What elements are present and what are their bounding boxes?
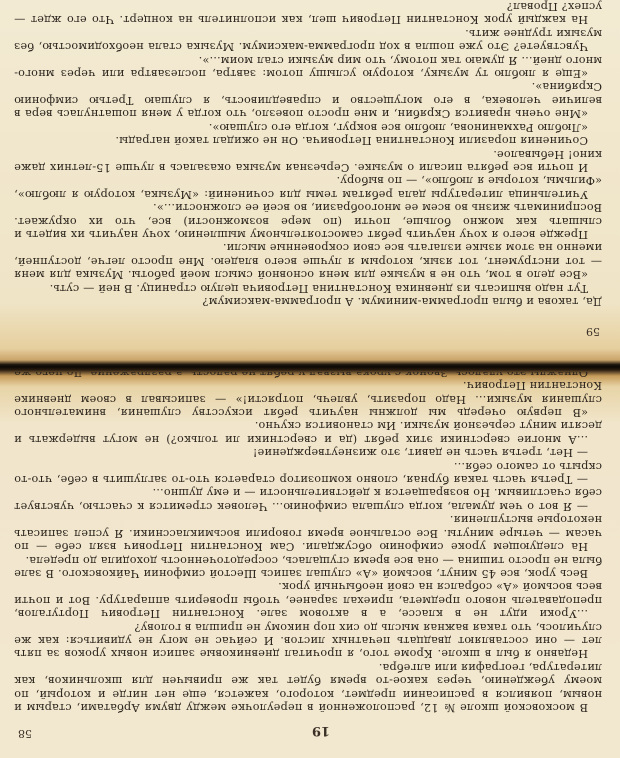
book-gutter [0,360,620,372]
paragraph: — Я вот о чем думала, когда слушала симф… [14,486,602,513]
paragraph: На каждый урок Константин Петрович шел, … [14,0,602,26]
paragraph: «Мне очень нравится Скрябин, и мне прост… [14,80,602,120]
paragraph: — Нет, третья часть не давит, это жизнеу… [14,446,602,459]
paragraph: Чувствуете? Это уже пошла в ход программ… [14,26,602,53]
page-59: 59 Да, такова и была программа-минимум. … [0,0,620,360]
paragraph: На следующем уроке симфонию обсуждали. С… [14,513,602,553]
paragraph: И почти все ребята писали о музыке. Серь… [14,147,602,174]
paragraph: Тут надо выписать из дневника Константин… [14,281,602,294]
paragraph: Однажды это удалось. Звонок с урока вызв… [14,372,602,379]
paragraph: «Еще я люблю ту музыку, которую услышу п… [14,53,602,80]
paragraph: Весь урок, все 45 минут, восьмой «А» слу… [14,553,602,580]
page-number: 59 [586,325,600,338]
page-number: 58 [18,727,32,740]
paragraph: Да, такова и была программа-минимум. А п… [14,295,602,308]
paragraph: Сочинения поразили Константина Петровича… [14,134,602,147]
paragraph: — Третья часть такая бурная, словно комп… [14,459,602,486]
page-59-rotated-content: 59 Да, такова и была программа-минимум. … [0,0,620,360]
paragraph: ...Уроки идут не в классе, а в актовом з… [14,580,602,620]
paragraph: «Все дело в том, что не в музыке для мен… [14,241,602,281]
page-58-rotated-content: 58 19 В московской школе № 12, расположе… [0,372,620,758]
paragraph: Прежде всего я хочу научить ребят самост… [14,201,602,241]
book-spread: 59 Да, такова и была программа-минимум. … [0,0,620,758]
paragraph: Недавно я был в школе. Кроме того, я про… [14,620,602,660]
paragraph: «В первую очередь мы должны научить ребя… [14,379,602,419]
page-59-body: Да, такова и была программа-минимум. А п… [14,40,602,308]
paragraph: ...А многие сверстники этих ребят (да и … [14,419,602,446]
paragraph: «Люблю Рахманинова, люблю все вокруг, ко… [14,120,602,133]
page-58-body: В московской школе № 12, расположенной в… [14,402,602,714]
paragraph: В московской школе № 12, расположенной в… [14,660,602,714]
chapter-number: 19 [312,723,330,738]
page-58: 58 19 В московской школе № 12, расположе… [0,372,620,758]
paragraph: Учительница литературы дала ребятам темы… [14,174,602,201]
